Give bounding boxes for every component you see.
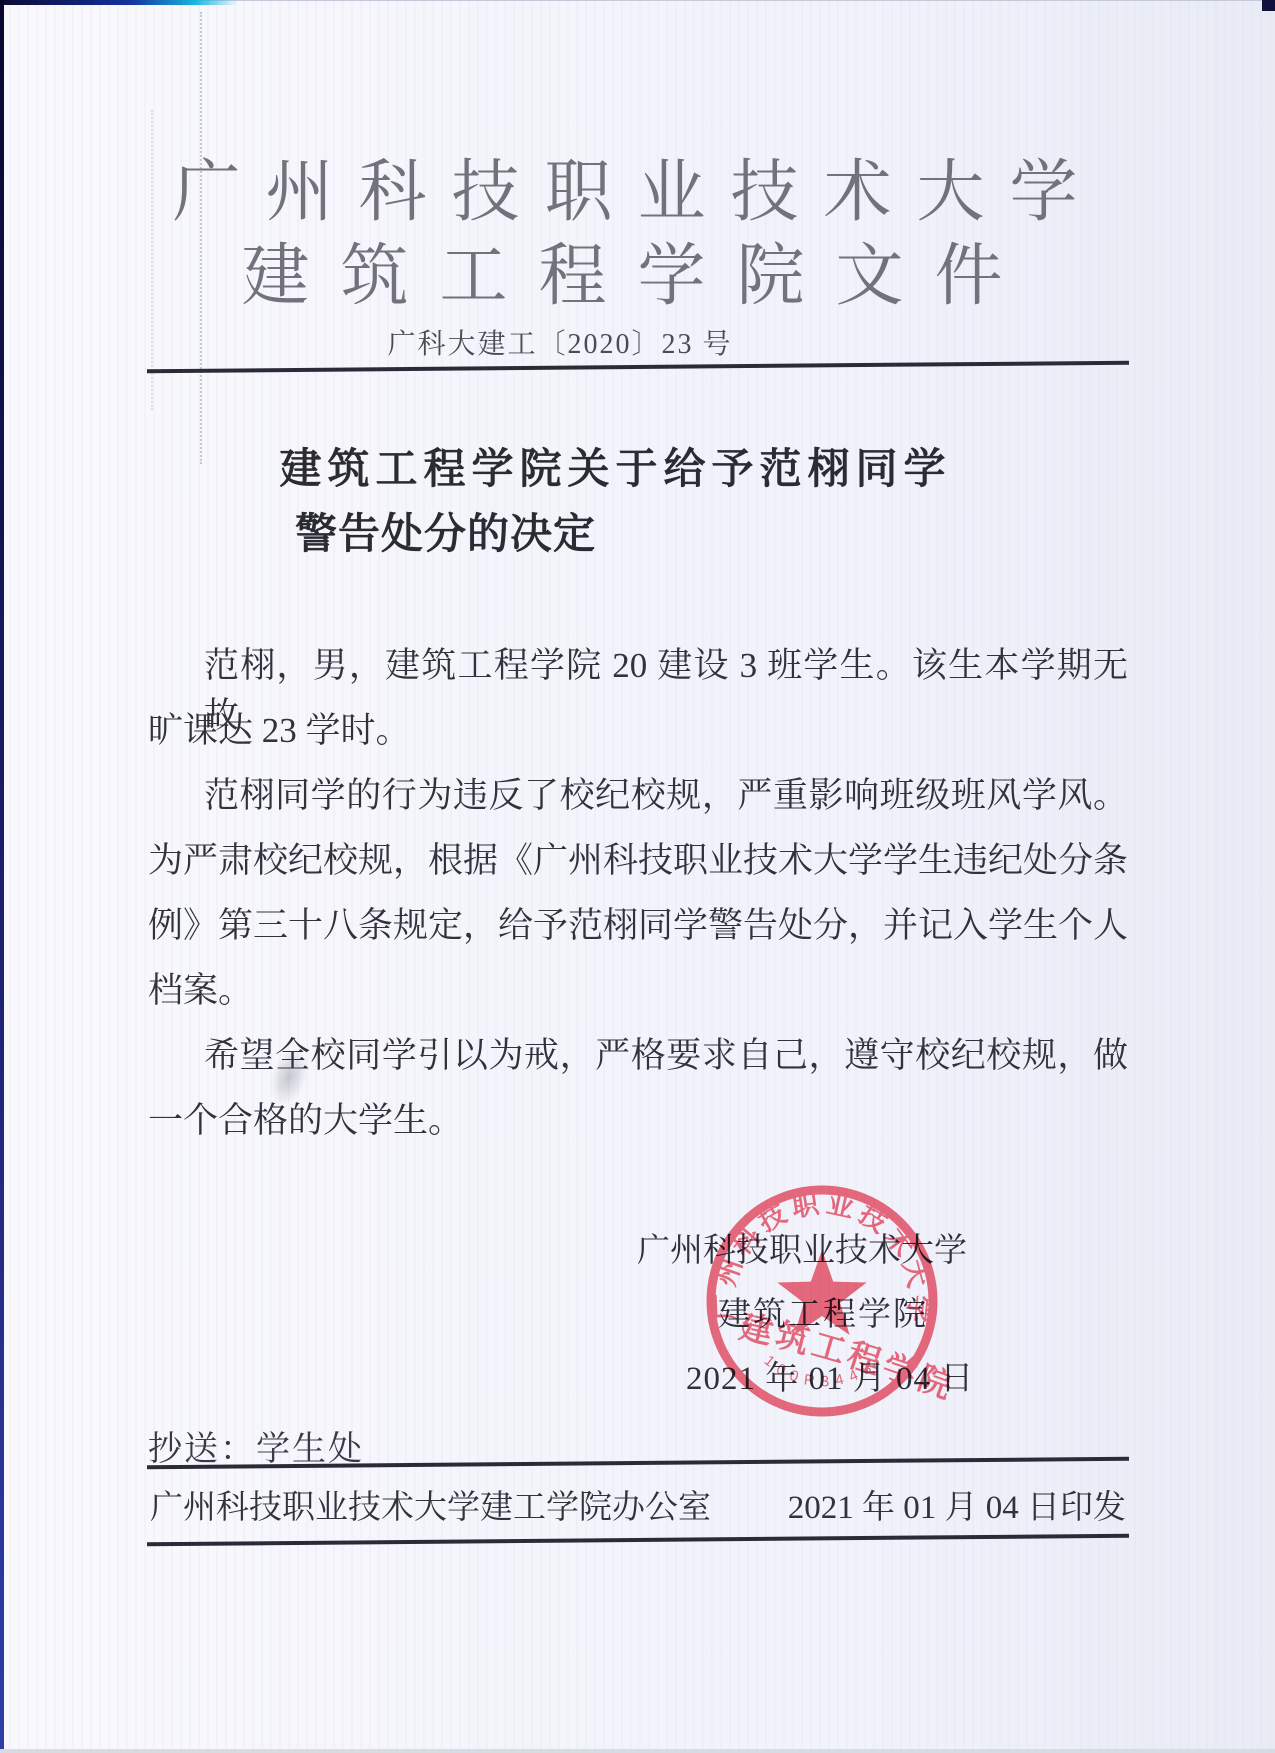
scan-edge-top — [0, 0, 238, 5]
body-line: 为严肃校纪校规，根据《广州科技职业技术大学学生违纪处分条 — [148, 833, 1128, 883]
document-number: 广科大建工〔2020〕23 号 — [0, 322, 1120, 362]
letterhead-university-name: 广州科技职业技术大学 — [0, 138, 1275, 235]
body-line: 旷课达 23 学时。 — [148, 703, 1128, 753]
issue-date: 2021 年 01 月 04 日印发 — [788, 1481, 1126, 1528]
scan-edge-bottom — [0, 1749, 1275, 1753]
scan-edge-top-right — [1262, 0, 1275, 11]
body-line: 档案。 — [148, 963, 1128, 1013]
official-seal: 广州科技职业技术大学 建筑工程学院 100R3448 — [700, 1178, 950, 1428]
footer-divider-line-bottom — [147, 1534, 1129, 1547]
body-line: 例》第三十八条规定，给予范栩同学警告处分，并记入学生个人 — [148, 898, 1128, 948]
document-title-line1: 建筑工程学院关于给予范栩同学 — [0, 436, 1253, 496]
cc-line: 抄送：学生处 — [148, 1421, 364, 1470]
letterhead-college-title: 建筑工程学院文件 — [0, 222, 1275, 319]
body-line: 范栩同学的行为违反了校纪校规，严重影响班级班风学风。 — [148, 768, 1128, 818]
document-title-line2: 警告处分的决定 — [0, 501, 1083, 561]
header-divider-line — [147, 361, 1129, 374]
body-line: 一个合格的大学生。 — [148, 1093, 1128, 1143]
issuing-office: 广州科技职业技术大学建工学院办公室 — [150, 1481, 711, 1528]
body-line: 希望全校同学引以为戒，严格要求自己，遵守校纪校规，做 — [148, 1028, 1128, 1078]
issuer-row: 广州科技职业技术大学建工学院办公室 2021 年 01 月 04 日印发 — [150, 1481, 1126, 1528]
